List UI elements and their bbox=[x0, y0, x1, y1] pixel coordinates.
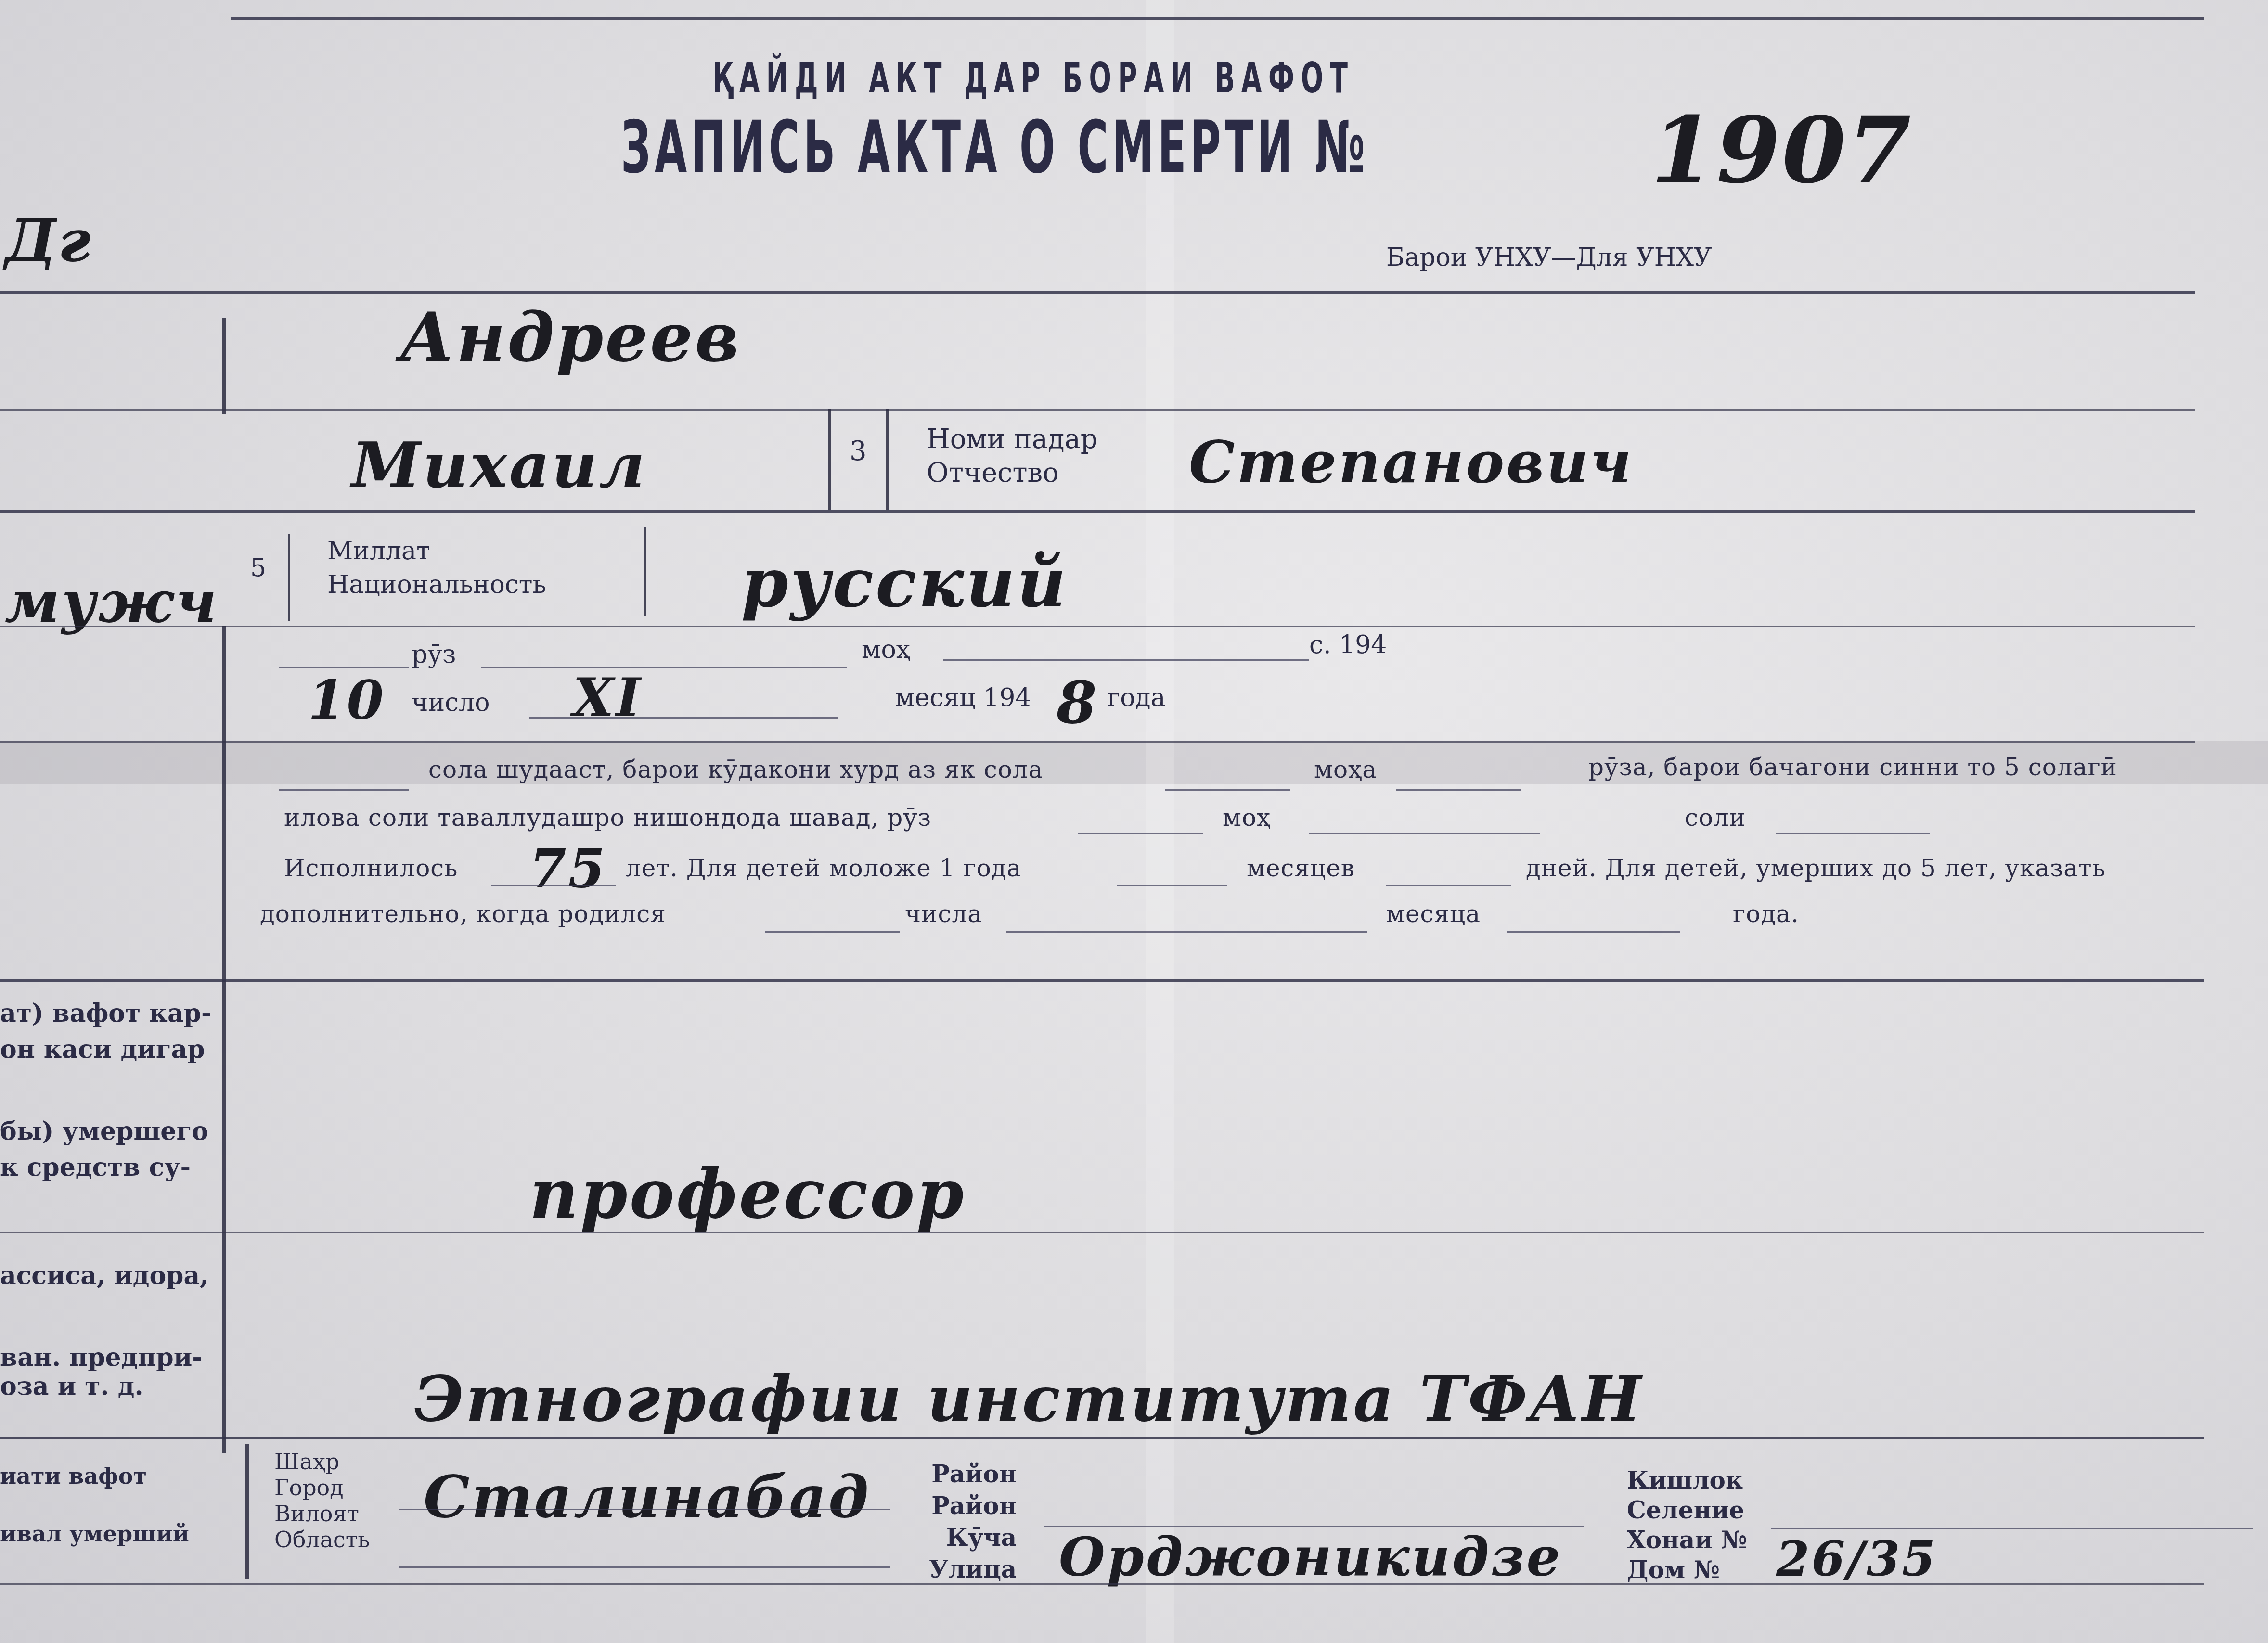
residence-left-line: иати вафот bbox=[0, 1463, 147, 1489]
column-divider bbox=[245, 1444, 249, 1579]
death-day-value: 10 bbox=[308, 669, 386, 731]
residence-left-line: ивал умерший bbox=[0, 1521, 189, 1547]
blank-line bbox=[1776, 833, 1930, 834]
patronymic-number: 3 bbox=[850, 436, 867, 467]
nationality-number: 5 bbox=[250, 553, 266, 582]
column-divider bbox=[886, 409, 889, 510]
death-month-value: XI bbox=[573, 667, 643, 729]
left-column-divider bbox=[222, 626, 226, 1453]
age-line4-part4: года. bbox=[1733, 900, 1799, 928]
patronymic-value: Степанович bbox=[1189, 428, 1633, 496]
age-line3-part2: лет. Для детей моложе 1 года bbox=[626, 854, 1021, 882]
blank-line bbox=[491, 885, 616, 886]
street-value: Орджоникидзе bbox=[1059, 1526, 1562, 1588]
column-divider bbox=[644, 527, 646, 616]
patronymic-label-tj: Номи падар bbox=[927, 424, 1098, 455]
age-years-value: 75 bbox=[529, 837, 607, 899]
blank-line bbox=[1006, 931, 1367, 933]
surname-value: Андреев bbox=[399, 298, 741, 377]
blank-line bbox=[399, 1566, 890, 1568]
blank-line bbox=[529, 717, 838, 719]
row-divider bbox=[0, 626, 2195, 627]
row-divider bbox=[0, 291, 2195, 294]
occupation-left-line: ат) вафот кар- bbox=[0, 999, 212, 1028]
name-value: Михаил bbox=[351, 428, 647, 502]
occupation-left-line: бы) умершего bbox=[0, 1117, 208, 1146]
death-day-label-ru: число bbox=[412, 688, 490, 717]
blank-line bbox=[1507, 931, 1680, 933]
age-line4-part2: числа bbox=[905, 900, 982, 928]
nationality-value: русский bbox=[741, 544, 1068, 623]
header-russian: ЗАПИСЬ АКТА О СМЕРТИ № bbox=[621, 106, 1369, 190]
age-line3-part3: месяцев bbox=[1247, 854, 1355, 882]
city-label: Шаҳр bbox=[274, 1449, 370, 1475]
age-line1-part1: сола шудааст, барои кӯдакони хурд аз як … bbox=[428, 756, 1043, 783]
header-tajik: ҚАЙДИ АКТ ДАР БОРАИ ВАФОТ bbox=[712, 53, 1354, 103]
death-month-label-ru: месяц 194 bbox=[895, 683, 1031, 712]
row-divider bbox=[0, 741, 2195, 743]
death-year-label-ru: года bbox=[1107, 683, 1166, 712]
blank-line bbox=[279, 667, 409, 668]
age-line2-part1: илова соли таваллудашро нишондода шавад,… bbox=[284, 804, 931, 832]
house-label: Хонаи № bbox=[1627, 1525, 1747, 1555]
corner-mark: Дг bbox=[5, 207, 92, 275]
occupation-left-line: к средств су- bbox=[0, 1153, 191, 1182]
village-label: Кишлок bbox=[1627, 1465, 1747, 1495]
column-divider bbox=[828, 409, 831, 510]
blank-line bbox=[279, 789, 409, 791]
occupation-value: профессор bbox=[529, 1155, 966, 1234]
age-line4-part3: месяца bbox=[1386, 900, 1481, 928]
blank-line bbox=[1117, 885, 1227, 886]
blank-line bbox=[1165, 789, 1290, 791]
death-year-digit-value: 8 bbox=[1057, 669, 1099, 737]
house-label: Дом № bbox=[1627, 1555, 1747, 1585]
bottom-line bbox=[0, 1583, 2204, 1585]
nationality-label-ru: Национальность bbox=[327, 570, 546, 599]
village-labels: Кишлок Селение Хонаи № Дом № bbox=[1627, 1465, 1747, 1585]
workplace-left-line: ван. предпри- bbox=[0, 1343, 203, 1372]
district-label: Район bbox=[929, 1458, 1017, 1490]
column-divider bbox=[222, 318, 226, 414]
workplace-left-line: ассиса, идора, bbox=[0, 1261, 208, 1290]
blank-line bbox=[481, 667, 847, 668]
city-label: Область bbox=[274, 1527, 370, 1553]
age-line3-part1: Исполнилось bbox=[284, 854, 458, 882]
row-divider bbox=[0, 1232, 2204, 1233]
occupation-left-line: он каси дигар bbox=[0, 1035, 205, 1064]
age-line3-part4: дней. Для детей, умерших до 5 лет, указа… bbox=[1526, 854, 2106, 882]
age-line2-part3: соли bbox=[1685, 804, 1746, 832]
workplace-left-line: оза и т. д. bbox=[0, 1372, 143, 1401]
age-line4-part1: дополнительно, когда родился bbox=[260, 900, 666, 928]
age-line2-part2: моҳ bbox=[1223, 804, 1271, 832]
top-border-line bbox=[231, 17, 2204, 20]
nationality-label-tj: Миллат bbox=[327, 537, 430, 565]
house-value: 26/35 bbox=[1776, 1530, 1937, 1587]
district-labels: Район Район Кӯча Улица bbox=[929, 1458, 1017, 1585]
death-day-label-tj: рӯз bbox=[412, 640, 456, 669]
age-line1-part2: моҳа bbox=[1314, 756, 1377, 783]
city-label: Город bbox=[274, 1475, 370, 1501]
patronymic-label-ru: Отчество bbox=[927, 457, 1059, 488]
blank-line bbox=[1078, 833, 1203, 834]
age-line1-part3: рӯза, барои бачагони синни то 5 солагӣ bbox=[1588, 753, 2117, 781]
row-divider bbox=[0, 510, 2195, 513]
death-year-label-tj: с. 194 bbox=[1309, 630, 1387, 659]
blank-line bbox=[765, 931, 900, 933]
city-labels: Шаҳр Город Вилоят Область bbox=[274, 1449, 370, 1553]
street-label: Улица bbox=[929, 1553, 1017, 1585]
blank-line bbox=[1396, 789, 1521, 791]
blank-line bbox=[1771, 1528, 2253, 1529]
workplace-value: Этнографии института ТФАН bbox=[414, 1362, 1643, 1436]
column-divider bbox=[288, 534, 290, 621]
blank-line bbox=[1386, 885, 1511, 886]
blank-line bbox=[399, 1509, 890, 1510]
city-label: Вилоят bbox=[274, 1501, 370, 1527]
row-divider bbox=[0, 409, 2195, 411]
city-value: Сталинабад bbox=[424, 1463, 870, 1531]
form-note: Барои УНХУ—Для УНХУ bbox=[1386, 243, 1712, 272]
death-month-label-tj: моҳ bbox=[862, 635, 910, 664]
blank-line bbox=[943, 659, 1309, 661]
street-label: Кӯча bbox=[929, 1522, 1017, 1553]
record-number: 1907 bbox=[1651, 96, 1913, 204]
village-label: Селение bbox=[1627, 1495, 1747, 1525]
row-divider bbox=[0, 979, 2204, 982]
blank-line bbox=[1309, 833, 1540, 834]
district-label: Район bbox=[929, 1490, 1017, 1522]
row-divider bbox=[0, 1437, 2204, 1439]
